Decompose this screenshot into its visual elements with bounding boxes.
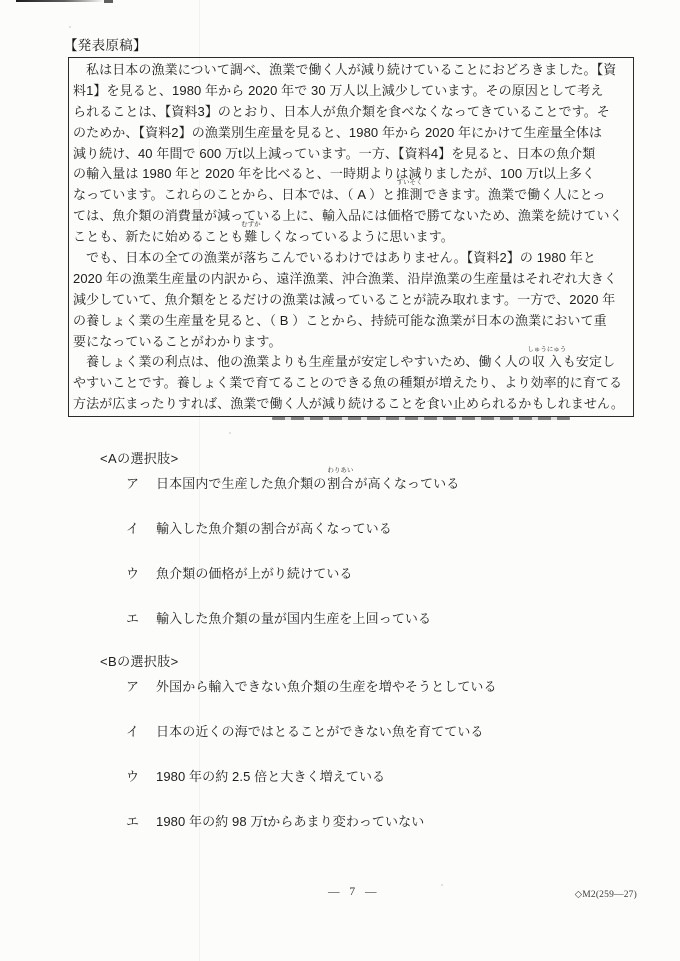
choice-option: ウ魚介類の価格が上がり続けている xyxy=(126,563,497,584)
choice-letter: エ xyxy=(126,811,139,832)
choice-letter: ウ xyxy=(126,563,139,584)
text-run: 私は日本の漁業について調べ、漁業で働く人が減り続けていることにおどろきました。【… xyxy=(86,62,616,77)
choice-option: イ輸入した魚介類の割合が高くなっている xyxy=(126,518,497,539)
ruby-base: 割合 xyxy=(327,476,353,491)
scan-speck xyxy=(229,432,231,434)
ruby-annotated-word: 難むずか xyxy=(244,227,257,248)
ruby-base: 推測 xyxy=(396,187,422,202)
script-line: 料1】を見ると、1980 年から 2020 年で 30 万人以上減少しています。… xyxy=(73,81,632,102)
choice-text: 日本の近くの海ではとることができない魚を育てている xyxy=(156,724,484,739)
choice-section: <Aの選択肢>ア日本国内で生産した魚介類の割合わりあいが高くなっているイ輸入した… xyxy=(100,448,497,629)
text-run: 日本の近くの海ではとることができない魚を育てている xyxy=(156,724,484,739)
choice-text: 輸入した魚介類の量が国内生産を上回っている xyxy=(156,611,431,626)
text-run: 外国から輸入できない魚介類の生産を増やそうとしている xyxy=(156,679,497,694)
choice-option: ウ1980 年の約 2.5 倍と大きく増えている xyxy=(126,766,497,787)
page-number: — 7 — xyxy=(328,886,377,898)
script-line: の輸入量は 1980 年と 2020 年を比べると、一時期よりは減りましたが、1… xyxy=(73,164,632,185)
choice-text: 1980 年の約 2.5 倍と大きく増えている xyxy=(156,769,385,784)
text-run: が高くなっている xyxy=(355,476,460,491)
choice-letter: ア xyxy=(126,676,139,697)
text-run: なっています。これらのことから、日本では、（ A ）と xyxy=(73,187,395,202)
text-run: 日本国内で生産した魚介類の xyxy=(156,476,326,491)
text-run: やすいことです。養しょく業で育てることのできる魚の種類が増えたり、より効率的に育… xyxy=(73,375,622,390)
script-line: の養しょく業の生産量を見ると、（ B ）ことから、持続可能な漁業が日本の漁業にお… xyxy=(73,311,632,332)
script-line: ことも、新たに始めることも難むずかしくなっているように思います。 xyxy=(73,227,632,248)
text-run: の養しょく業の生産量を見ると、（ B ）ことから、持続可能な漁業が日本の漁業にお… xyxy=(73,313,607,328)
text-run: 減少していて、魚介類をとるだけの漁業は減っていることが読み取れます。一方で、20… xyxy=(73,292,615,307)
text-run: 料1】を見ると、1980 年から 2020 年で 30 万人以上減少しています。… xyxy=(73,83,603,98)
choice-option: エ輸入した魚介類の量が国内生産を上回っている xyxy=(126,608,497,629)
choice-option: ア外国から輸入できない魚介類の生産を増やそうとしている xyxy=(126,676,497,697)
choice-option: ア日本国内で生産した魚介類の割合わりあいが高くなっている xyxy=(126,473,497,494)
script-line: でも、日本の全ての漁業が落ちこんでいるわけではありません。【資料2】の 1980… xyxy=(73,248,632,269)
text-run: 魚介類の価格が上がり続けている xyxy=(156,566,353,581)
choice-letter: ウ xyxy=(126,766,139,787)
text-run: られることは、【資料3】のとおり、日本人が魚介類を食べなくなってきていることです… xyxy=(73,104,610,119)
ruby-annotated-word: 割合わりあい xyxy=(327,473,353,494)
script-line: のためか、【資料2】の漁業別生産量を見ると、1980 年から 2020 年にかけ… xyxy=(73,123,632,144)
scan-speck xyxy=(69,26,71,28)
choice-letter: ア xyxy=(126,473,139,494)
furigana: むずか xyxy=(241,222,261,229)
document-page: 【発表原稿】 私は日本の漁業について調べ、漁業で働く人が減り続けていることにおど… xyxy=(0,0,680,961)
furigana: わりあい xyxy=(327,468,353,475)
furigana: すいそく xyxy=(396,180,422,187)
ruby-annotated-word: 推測すいそく xyxy=(396,185,422,206)
script-line: 2020 年の漁業生産量の内訳から、遠洋漁業、沖合漁業、沿岸漁業の生産量はそれぞ… xyxy=(73,269,632,290)
text-run: ては、魚介類の消費量が減っている上に、輸入品には価格で勝てないため、漁業を続けて… xyxy=(73,208,623,223)
script-line: やすいことです。養しょく業で育てることのできる魚の種類が増えたり、より効率的に育… xyxy=(73,373,632,394)
text-run: できます。漁業で働く人にとっ xyxy=(424,187,606,202)
choice-option: エ1980 年の約 98 万tからあまり変わっていない xyxy=(126,811,497,832)
choice-text: 輸入した魚介類の割合が高くなっている xyxy=(156,521,392,536)
text-run: も安定し xyxy=(563,354,615,369)
choice-letter: イ xyxy=(126,721,139,742)
text-run: ことも、新たに始めることも xyxy=(73,229,243,244)
text-run: の輸入量は 1980 年と 2020 年を比べると、一時期よりは減りましたが、1… xyxy=(73,166,595,181)
choice-text: 外国から輸入できない魚介類の生産を増やそうとしている xyxy=(156,679,497,694)
text-run: のためか、【資料2】の漁業別生産量を見ると、1980 年から 2020 年にかけ… xyxy=(73,125,602,140)
script-line: られることは、【資料3】のとおり、日本人が魚介類を食べなくなってきていることです… xyxy=(73,102,632,123)
text-run: 輸入した魚介類の量が国内生産を上回っている xyxy=(156,611,431,626)
text-run: 1980 年の約 2.5 倍と大きく増えている xyxy=(156,769,385,784)
script-line: なっています。これらのことから、日本では、（ A ）と推測すいそくできます。漁業… xyxy=(73,185,632,206)
text-run: 減り続け、40 年間で 600 万t以上減っています。一方、【資料4】を見ると、… xyxy=(73,146,595,161)
choice-section-heading: <Aの選択肢> xyxy=(100,448,497,469)
text-run: しくなっているように思います。 xyxy=(258,229,453,244)
script-line: 養しょく業の利点は、他の漁業よりも生産量が安定しやすいため、働く人の収 入しゅう… xyxy=(73,352,632,373)
choice-section: <Bの選択肢>ア外国から輸入できない魚介類の生産を増やそうとしているイ日本の近く… xyxy=(100,651,497,832)
script-line: 減り続け、40 年間で 600 万t以上減っています。一方、【資料4】を見ると、… xyxy=(73,144,632,165)
scan-artifact-top-line xyxy=(16,0,104,2)
text-run: 輸入した魚介類の割合が高くなっている xyxy=(156,521,392,536)
scan-artifact-top-dash xyxy=(104,0,113,3)
choice-letter: イ xyxy=(126,518,139,539)
script-line: 私は日本の漁業について調べ、漁業で働く人が減り続けていることにおどろきました。【… xyxy=(73,60,632,81)
text-run: 2020 年の漁業生産量の内訳から、遠洋漁業、沖合漁業、沿岸漁業の生産量はそれぞ… xyxy=(73,271,617,286)
ruby-base: 収 入 xyxy=(532,354,562,369)
choice-option: イ日本の近くの海ではとることができない魚を育てている xyxy=(126,721,497,742)
script-line: ては、魚介類の消費量が減っている上に、輸入品には価格で勝てないため、漁業を続けて… xyxy=(73,206,632,227)
choice-text: 1980 年の約 98 万tからあまり変わっていない xyxy=(156,814,424,829)
text-run: 1980 年の約 98 万tからあまり変わっていない xyxy=(156,814,424,829)
choice-text: 日本国内で生産した魚介類の割合わりあいが高くなっている xyxy=(156,476,459,491)
furigana: しゅうにゅう xyxy=(527,347,566,354)
document-code: ◇M2(259—27) xyxy=(575,889,637,900)
text-run: 方法が広まったりすれば、漁業で働く人が減り続けることを食い止められるかもしれませ… xyxy=(73,396,624,411)
scan-artifact-smudge xyxy=(272,417,570,420)
choice-section-heading: <Bの選択肢> xyxy=(100,651,497,672)
script-line: 減少していて、魚介類をとるだけの漁業は減っていることが読み取れます。一方で、20… xyxy=(73,290,632,311)
script-line: 方法が広まったりすれば、漁業で働く人が減り続けることを食い止められるかもしれませ… xyxy=(73,394,632,415)
document-title: 【発表原稿】 xyxy=(64,38,147,54)
choice-text: 魚介類の価格が上がり続けている xyxy=(156,566,353,581)
scan-speck xyxy=(441,884,443,886)
choice-letter: エ xyxy=(126,608,139,629)
ruby-base: 難 xyxy=(244,229,257,244)
text-run: 養しょく業の利点は、他の漁業よりも生産量が安定しやすいため、働く人の xyxy=(86,354,531,369)
text-run: 要になっていることがわかります。 xyxy=(73,334,282,349)
presentation-script-box: 私は日本の漁業について調べ、漁業で働く人が減り続けていることにおどろきました。【… xyxy=(68,57,634,417)
text-run: でも、日本の全ての漁業が落ちこんでいるわけではありません。【資料2】の 1980… xyxy=(86,250,596,265)
choice-sections: <Aの選択肢>ア日本国内で生産した魚介類の割合わりあいが高くなっているイ輸入した… xyxy=(100,448,497,832)
ruby-annotated-word: 収 入しゅうにゅう xyxy=(532,352,562,373)
